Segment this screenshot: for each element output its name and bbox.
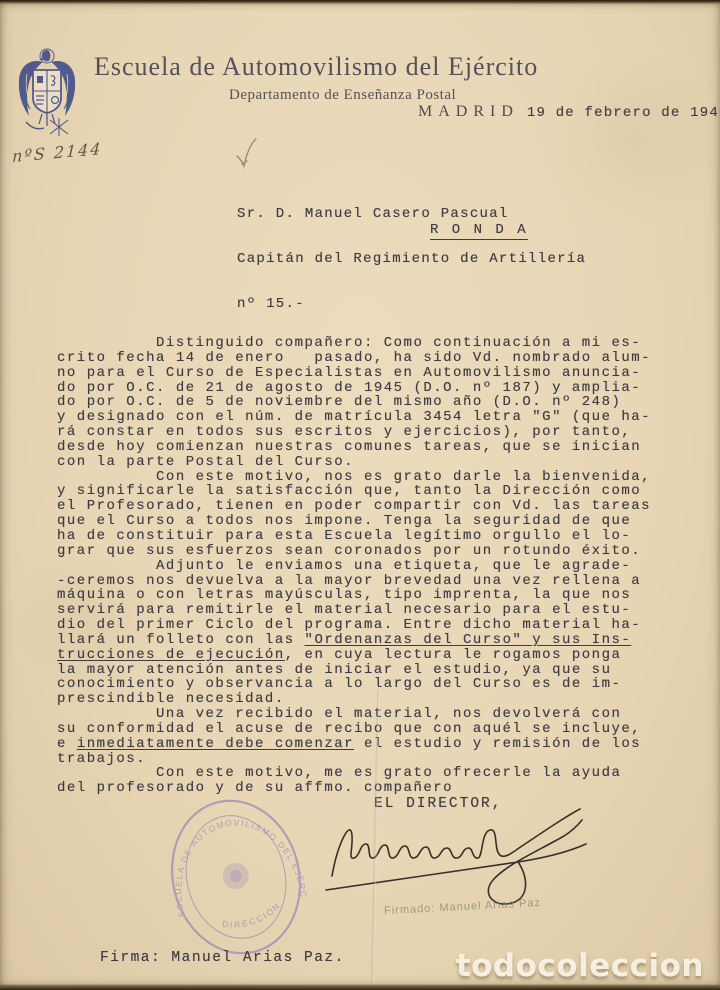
dateline-date: 19 de febrero de 1946 bbox=[527, 105, 720, 121]
recipient-city: R O N D A bbox=[430, 222, 528, 240]
letter-body-line: trucciones de ejecución, en cuya lectura… bbox=[57, 648, 697, 663]
svg-text:ESCUELA DE AUTOMOVILISMO DEL E: ESCUELA DE AUTOMOVILISMO DEL EJÉRCITO bbox=[132, 774, 310, 936]
letter-body-line: Distinguido compañero: Como continuación… bbox=[57, 336, 697, 351]
todocoleccion-watermark: todocoleccion bbox=[456, 948, 704, 984]
recipient-name: Sr. D. Manuel Casero Pascual bbox=[237, 207, 586, 222]
letterhead-dateline: MADRID19 de febrero de 1946 bbox=[418, 103, 720, 121]
letter-body-line: grar que sus esfuerzos sean coronados po… bbox=[57, 544, 697, 559]
letter-body-line: ha de constituir para esta Escuela legít… bbox=[57, 529, 697, 544]
scanned-letter-page: Escuela de Automovilismo del Ejército De… bbox=[0, 0, 720, 990]
letter-body-line: Adjunto le enviamos una etiqueta, que le… bbox=[57, 559, 697, 574]
recipient-rank: Capitán del Regimiento de Artillería bbox=[237, 252, 586, 267]
letter-body-line: y designado con el núm. de matrícula 345… bbox=[57, 410, 697, 425]
stamp-ring-text: ESCUELA DE AUTOMOVILISMO DEL EJÉRCITO bbox=[132, 774, 310, 936]
letter-body-line: no para el Curso de Especialistas en Aut… bbox=[57, 366, 697, 381]
letter-body-line: crito fecha 14 de enero pasado, ha sido … bbox=[57, 351, 697, 366]
letter-body-line: llará un folleto con las "Ordenanzas del… bbox=[57, 633, 697, 648]
svg-text:DIRECCIÓN: DIRECCIÓN bbox=[218, 898, 286, 934]
letter-body-line: con la parte Postal del Curso. bbox=[57, 455, 697, 470]
typed-signature-caption: Firma: Manuel Arias Paz. bbox=[100, 950, 345, 966]
letterhead-school-name: Escuela de Automovilismo del Ejército bbox=[94, 52, 534, 82]
dateline-city: MADRID bbox=[418, 103, 519, 120]
letter-body-line: máquina o con letras mayúsculas, tipo im… bbox=[57, 588, 697, 603]
letterhead-department: Departamento de Enseñanza Postal bbox=[229, 87, 456, 104]
letter-body-line: servirá para remitirle el material neces… bbox=[57, 603, 697, 618]
recipient-address-block: Sr. D. Manuel Casero Pascual Capitán del… bbox=[237, 177, 586, 342]
pencil-checkmark bbox=[233, 136, 261, 170]
letter-body-line: desde hoy comienzan nuestras comunes tar… bbox=[57, 440, 697, 455]
coat-of-arms-eagle-emblem bbox=[14, 46, 80, 140]
letter-body-line: dio del primer Ciclo del programa. Entre… bbox=[57, 618, 697, 633]
paper-bottom-edge bbox=[0, 984, 720, 990]
stamp-bottom-text: DIRECCIÓN bbox=[218, 898, 286, 934]
letter-body-line: rá constar en todos sus escritos y ejerc… bbox=[57, 425, 697, 440]
letter-body-line: do por O.C. de 5 de noviembre del mismo … bbox=[57, 395, 697, 410]
paper-top-edge bbox=[0, 0, 720, 4]
letter-body-line: que el Curso a todos nos impone. Tenga l… bbox=[57, 514, 697, 529]
letter-body-line: el Profesorado, tienen en poder comparti… bbox=[57, 499, 697, 514]
handwritten-registry-number: nºS 2144 bbox=[12, 139, 103, 166]
director-signature bbox=[320, 800, 620, 910]
recipient-unit-number: nº 15.- bbox=[237, 297, 586, 312]
